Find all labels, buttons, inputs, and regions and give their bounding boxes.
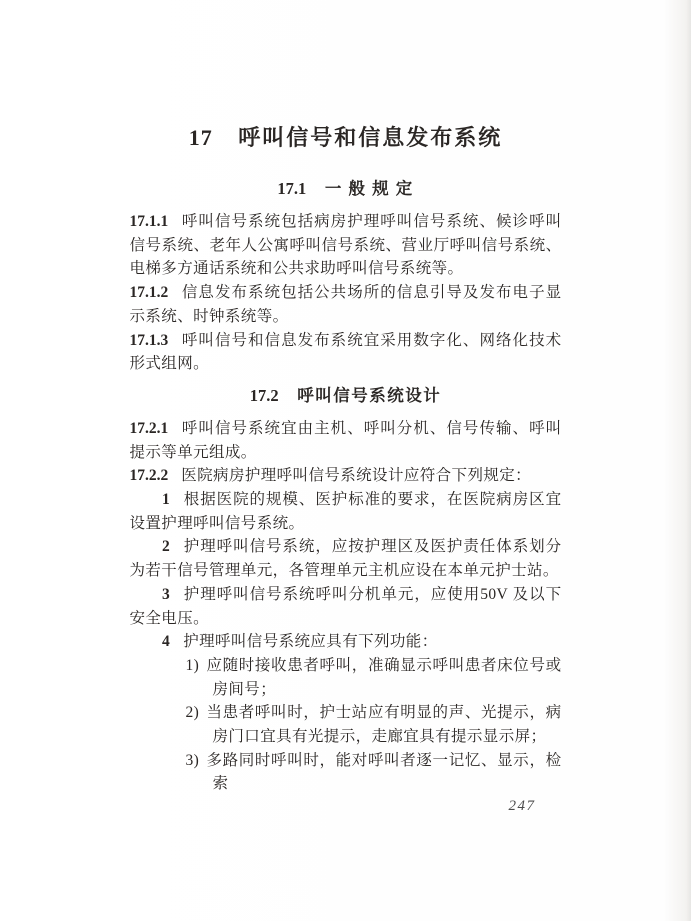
section-heading-17-1: 17.1 一 般 规 定 [130, 175, 562, 199]
item-text: 根据医院的规模、医护标准的要求，在医院病房区宜设置护理呼叫信号系统。 [130, 491, 562, 532]
chapter-heading: 17 呼叫信号和信息发布系统 [130, 121, 562, 152]
clause-number: 17.2.1 [130, 420, 169, 437]
item-text: 护理呼叫信号系统应具有下列功能： [183, 633, 437, 650]
subitem-text: 当患者呼叫时，护士站应有明显的声、光提示，病房门口宜具有光提示，走廊宜具有提示显… [206, 704, 561, 745]
subitem-1: 1)应随时接收患者呼叫，准确显示呼叫患者床位号或房间号； [186, 654, 562, 701]
clause-text: 信息发布系统包括公共场所的信息引导及发布电子显示系统、时钟系统等。 [130, 284, 562, 325]
item-text: 护理呼叫信号系统呼叫分机单元，应使用50V 及以下安全电压。 [130, 586, 562, 627]
document-page: 17 呼叫信号和信息发布系统 17.1 一 般 规 定 17.1.1呼叫信号系统… [0, 0, 691, 921]
chapter-title: 呼叫信号和信息发布系统 [238, 125, 502, 150]
item-number: 4 [162, 633, 170, 650]
item-text: 护理呼叫信号系统，应按护理区及医护责任体系划分为若干信号管理单元，各管理单元主机… [130, 538, 562, 579]
subitem-3: 3)多路同时呼叫时，能对呼叫者逐一记忆、显示，检索 [186, 749, 562, 796]
subitem-text: 应随时接收患者呼叫，准确显示呼叫患者床位号或房间号； [206, 657, 561, 698]
item-1: 1根据医院的规模、医护标准的要求，在医院病房区宜设置护理呼叫信号系统。 [130, 488, 562, 535]
section-title-17-2: 呼叫信号系统设计 [297, 386, 441, 405]
subitem-text: 多路同时呼叫时，能对呼叫者逐一记忆、显示，检索 [206, 752, 561, 793]
clause-text: 呼叫信号和信息发布系统宜采用数字化、网络化技术形式组网。 [130, 332, 562, 373]
item-3: 3护理呼叫信号系统呼叫分机单元，应使用50V 及以下安全电压。 [130, 583, 562, 630]
clause-number: 17.1.2 [130, 284, 169, 301]
clause-text: 呼叫信号系统宜由主机、呼叫分机、信号传输、呼叫提示等单元组成。 [130, 420, 562, 461]
subitem-number: 3) [186, 752, 200, 769]
subitem-2: 2)当患者呼叫时，护士站应有明显的声、光提示，病房门口宜具有光提示，走廊宜具有提… [186, 701, 562, 748]
section-heading-17-2: 17.2 呼叫信号系统设计 [130, 382, 562, 406]
clause-17-1-3: 17.1.3呼叫信号和信息发布系统宜采用数字化、网络化技术形式组网。 [130, 329, 562, 376]
chapter-number: 17 [189, 125, 213, 150]
item-number: 3 [162, 586, 170, 603]
clause-17-2-2: 17.2.2医院病房护理呼叫信号系统设计应符合下列规定： [130, 464, 562, 488]
item-2: 2护理呼叫信号系统，应按护理区及医护责任体系划分为若干信号管理单元，各管理单元主… [130, 535, 562, 582]
section-number-17-2: 17.2 [250, 386, 279, 405]
section-title-17-1: 一 般 规 定 [325, 179, 414, 198]
clause-text: 医院病房护理呼叫信号系统设计应符合下列规定： [181, 467, 531, 484]
subitem-number: 2) [186, 704, 200, 721]
clause-number: 17.1.3 [130, 332, 169, 349]
clause-17-2-1: 17.2.1呼叫信号系统宜由主机、呼叫分机、信号传输、呼叫提示等单元组成。 [130, 417, 562, 464]
clause-17-1-1: 17.1.1呼叫信号系统包括病房护理呼叫信号系统、候诊呼叫信号系统、老年人公寓呼… [130, 210, 562, 281]
item-4: 4护理呼叫信号系统应具有下列功能： [130, 630, 562, 654]
subitem-number: 1) [186, 657, 200, 674]
clause-17-1-2: 17.1.2信息发布系统包括公共场所的信息引导及发布电子显示系统、时钟系统等。 [130, 281, 562, 328]
page-number: 247 [130, 798, 562, 815]
item-number: 1 [162, 491, 170, 508]
text-block: 17 呼叫信号和信息发布系统 17.1 一 般 规 定 17.1.1呼叫信号系统… [130, 0, 562, 815]
section-number-17-1: 17.1 [277, 179, 306, 198]
clause-number: 17.2.2 [130, 467, 169, 484]
clause-text: 呼叫信号系统包括病房护理呼叫信号系统、候诊呼叫信号系统、老年人公寓呼叫信号系统、… [130, 213, 562, 277]
item-number: 2 [162, 538, 170, 555]
clause-number: 17.1.1 [130, 213, 169, 230]
